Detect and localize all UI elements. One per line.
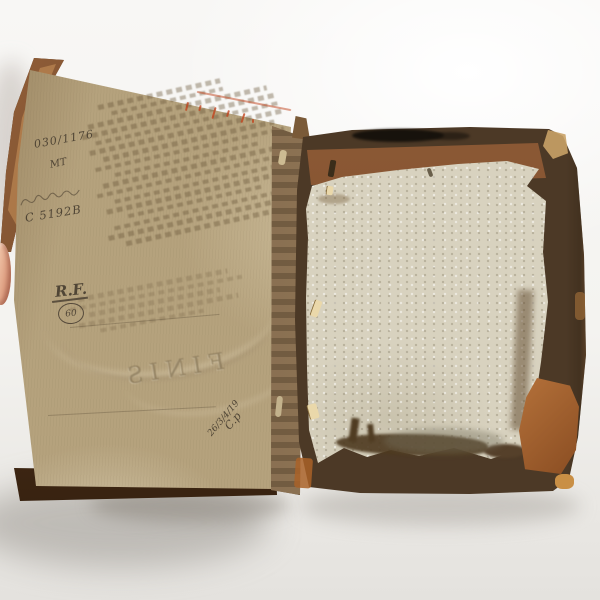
leather-dark-smudge — [430, 132, 470, 140]
gray-wash-stain — [384, 428, 504, 454]
worn-leather-patch — [294, 457, 313, 488]
finger — [0, 243, 11, 305]
book-photo: FINIS 030/1176 MT C 5192B R.F. 60 C.p 26… — [0, 0, 600, 600]
paper-shard — [325, 186, 333, 196]
worn-corner-patch — [555, 474, 574, 489]
pastedown-stain — [318, 194, 350, 204]
worn-edge-patch — [575, 292, 585, 320]
